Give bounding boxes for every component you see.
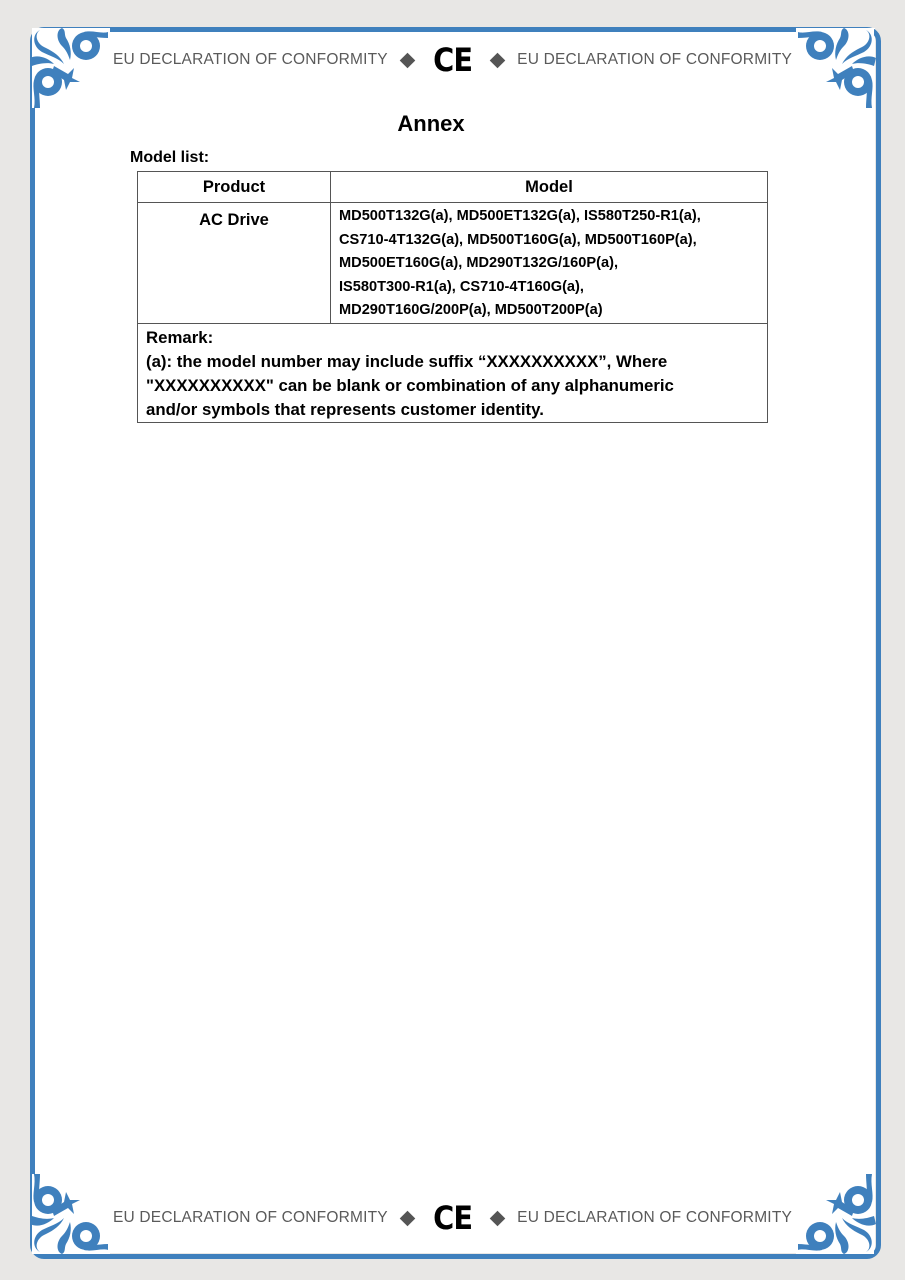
table-header-row: Product Model [138, 172, 768, 203]
product-cell: AC Drive [138, 203, 331, 324]
remark-cell: Remark: (a): the model number may includ… [138, 323, 768, 422]
page-title: Annex [0, 111, 862, 137]
footer-band-right-text: EU DECLARATION OF CONFORMITY [517, 1209, 792, 1227]
column-header-product: Product [138, 172, 331, 203]
remark-line: "XXXXXXXXXX" can be blank or combination… [146, 374, 759, 398]
header-band-left-text: EU DECLARATION OF CONFORMITY [113, 51, 388, 69]
model-list-label: Model list: [130, 149, 209, 167]
table-row: AC Drive MD500T132G(a), MD500ET132G(a), … [138, 203, 768, 324]
ce-mark-icon: CE [433, 1202, 472, 1234]
column-header-model: Model [331, 172, 768, 203]
footer-band: EU DECLARATION OF CONFORMITY CE EU DECLA… [0, 1198, 905, 1238]
remark-line: (a): the model number may include suffix… [146, 350, 759, 374]
diamond-icon [490, 52, 506, 68]
remark-row: Remark: (a): the model number may includ… [138, 323, 768, 422]
remark-label: Remark: [146, 326, 759, 350]
header-band-right-text: EU DECLARATION OF CONFORMITY [517, 51, 792, 69]
ce-mark-icon: CE [433, 44, 472, 76]
footer-band-left-text: EU DECLARATION OF CONFORMITY [113, 1209, 388, 1227]
model-line: MD500ET160G(a), MD290T132G/160P(a), [339, 252, 759, 276]
diamond-icon [400, 1210, 416, 1226]
diamond-icon [400, 52, 416, 68]
header-band: EU DECLARATION OF CONFORMITY CE EU DECLA… [0, 40, 905, 80]
remark-line: and/or symbols that represents customer … [146, 398, 759, 422]
model-cell: MD500T132G(a), MD500ET132G(a), IS580T250… [331, 203, 768, 324]
model-table: Product Model AC Drive MD500T132G(a), MD… [137, 171, 768, 423]
model-line: IS580T300-R1(a), CS710-4T160G(a), [339, 276, 759, 300]
model-line: MD290T160G/200P(a), MD500T200P(a) [339, 299, 759, 323]
model-line: MD500T132G(a), MD500ET132G(a), IS580T250… [339, 205, 759, 229]
diamond-icon [490, 1210, 506, 1226]
model-line: CS710-4T132G(a), MD500T160G(a), MD500T16… [339, 229, 759, 253]
